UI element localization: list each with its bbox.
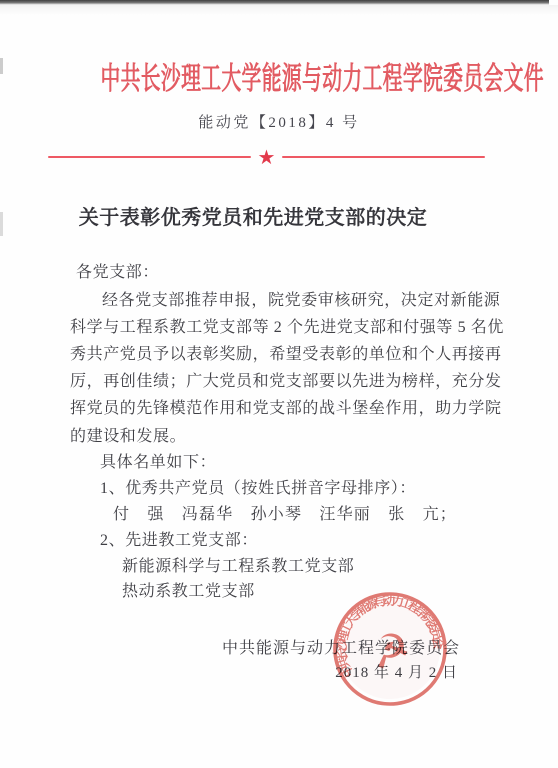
paragraph-line-1: 经各党支部推荐申报，院党委审核研究，决定对新能源: [102, 291, 500, 311]
signature-date: 2018 年 4 月 2 日: [335, 661, 458, 682]
salutation-line: 各党支部：: [76, 263, 159, 283]
star-separator-line: ★: [48, 146, 485, 168]
rule-right-segment: [282, 156, 485, 159]
document-title: 关于表彰优秀党员和先进党支部的决定: [0, 201, 532, 230]
paragraph-line-6: 的建设和发展。: [70, 427, 186, 447]
paragraph-line-5: 挥党员的先锋模范作用和党支部的战斗堡垒作用，助力学院: [70, 399, 502, 419]
list-item-2-heading: 2、先进教工党支部：: [100, 531, 258, 551]
paragraph-line-2: 科学与工程系教工党支部等 2 个先进党支部和付强等 5 名优: [70, 318, 504, 338]
awarded-branch-1: 新能源科学与工程系教工党支部: [122, 557, 354, 577]
doc-number: 能动党【2018】4 号: [0, 111, 558, 132]
awarded-branch-2: 热动系教工党支部: [122, 582, 255, 602]
scan-edge-artifact-left-1: [0, 58, 3, 74]
document-page: 中共长沙理工大学能源与动力工程学院委员会文件 能动党【2018】4 号 ★ 关于…: [0, 0, 558, 768]
scan-shadow: [0, 5, 558, 15]
rule-left-segment: [48, 156, 251, 159]
letterhead-org-title: 中共长沙理工大学能源与动力工程学院委员会文件: [100, 60, 457, 98]
list-item-1-heading: 1、优秀共产党员（按姓氏拼音字母排序）：: [100, 479, 416, 499]
star-icon: ★: [258, 147, 276, 167]
paragraph-line-3: 秀共产党员予以表彰奖励，希望受表彰的单位和个人再接再: [70, 345, 502, 365]
signature-org: 中共能源与动力工程学院委员会: [222, 635, 460, 658]
list-intro-line: 具体名单如下：: [100, 453, 216, 473]
paragraph-line-4: 厉，再创佳绩；广大党员和党支部要以先进为榜样，充分发: [70, 372, 502, 392]
awarded-members-names: 付 强 冯磊华 孙小琴 汪华丽 张 亢；: [113, 505, 457, 525]
